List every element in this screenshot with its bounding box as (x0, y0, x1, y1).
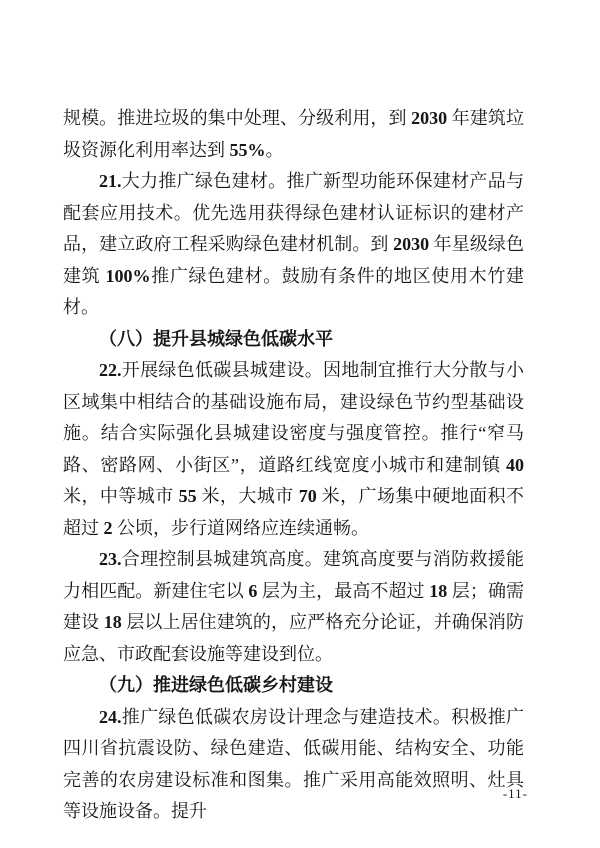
document-page: 规模。推进垃圾的集中处理、分级利用，到 2030 年建筑垃圾资源化利用率达到 5… (0, 0, 600, 848)
paragraph-continuation: 规模。推进垃圾的集中处理、分级利用，到 2030 年建筑垃圾资源化利用率达到 5… (63, 103, 524, 166)
paragraph-21: 21.大力推广绿色建材。推广新型功能环保建材产品与配套应用技术。优先选用获得绿色… (63, 166, 524, 324)
paragraph-24: 24.推广绿色低碳农房设计理念与建造技术。积极推广四川省抗震设防、绿色建造、低碳… (63, 702, 524, 828)
section-heading-8: （八）提升县城绿色低碳水平 (63, 324, 524, 356)
paragraph-22: 22.开展绿色低碳县城建设。因地制宜推行大分散与小区域集中相结合的基础设施布局，… (63, 355, 524, 544)
page-number: -11- (503, 786, 528, 802)
document-body: 规模。推进垃圾的集中处理、分级利用，到 2030 年建筑垃圾资源化利用率达到 5… (63, 103, 524, 828)
section-heading-9: （九）推进绿色低碳乡村建设 (63, 670, 524, 702)
paragraph-23: 23.合理控制县城建筑高度。建筑高度要与消防救援能力相匹配。新建住宅以 6 层为… (63, 544, 524, 670)
